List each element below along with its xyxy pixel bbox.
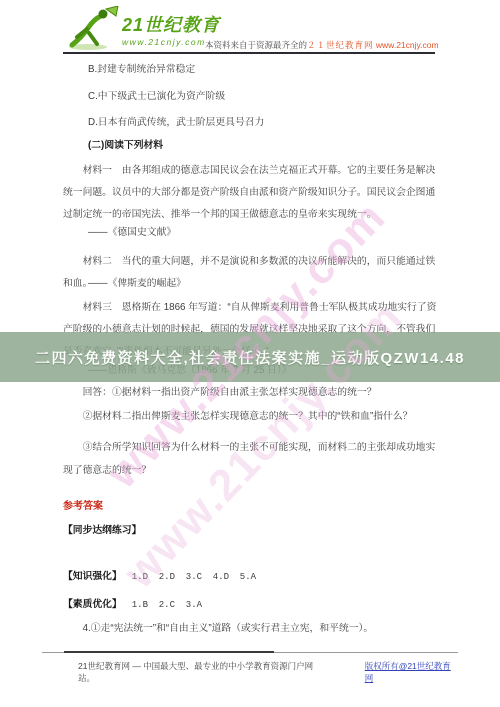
practice-heading: 【同步达纲练习】 bbox=[63, 524, 439, 537]
knowledge-answers-row: 【知识强化】1.D 2.D 3.C 4.D 5.A bbox=[63, 570, 439, 584]
knowledge-label: 【知识强化】 bbox=[63, 571, 122, 582]
material-1-paragraph: 材料一 由各邦组成的德意志国民议会在法兰克福正式开幕。它的主要任务是解决统一问题… bbox=[63, 160, 439, 226]
header-divider bbox=[63, 52, 435, 54]
quality-label: 【素质优化】 bbox=[63, 599, 122, 610]
quality-values: 1.B 2.C 3.A bbox=[132, 600, 202, 610]
question-2: ②据材料二指出俾斯麦主张怎样实现德意志的统一？其中的“铁和血”指什么？ bbox=[63, 410, 439, 423]
answer-4: 4.①走“宪法统一”和“自由主义”道路（或实行君主立宪，和平统一）。 bbox=[63, 622, 439, 635]
option-b: B.封建专制统治异常稳定 bbox=[63, 63, 464, 76]
answers-title: 参考答案 bbox=[63, 500, 439, 513]
document-page: 21世纪教育 www.21cnjy.com 本资料来自于资源最齐全的２１世纪教育… bbox=[0, 0, 500, 707]
ad-banner-text: 二四六免费资料大全,社会责任法案实施_运动版QZW14.48 bbox=[35, 347, 465, 368]
header-tagline: 本资料来自于资源最齐全的２１世纪教育网 www.21cnjy.com bbox=[205, 39, 439, 51]
section-heading: (二)阅读下列材料 bbox=[63, 139, 464, 152]
option-d: D.日本有尚武传统，武士阶层更具号召力 bbox=[63, 116, 464, 129]
material-2-source: ——《俾斯麦的崛起》 bbox=[63, 277, 464, 290]
knowledge-values: 1.D 2.D 3.C 4.D 5.A bbox=[132, 572, 256, 582]
footer-site-text: 21世纪教育网 — 中国最大型、最专业的中小学教育资源门户网站。 bbox=[78, 660, 327, 684]
logo-brand-name: 21世纪教育 bbox=[122, 16, 220, 34]
page-footer: 21世纪教育网 — 中国最大型、最专业的中小学教育资源门户网站。 版权所有@21… bbox=[42, 660, 458, 684]
site-logo[interactable]: 21世纪教育 www.21cnjy.com bbox=[68, 6, 220, 52]
quality-answers-row: 【素质优化】1.B 2.C 3.A bbox=[63, 598, 439, 612]
tagline-brand: ２１世纪教育网 bbox=[307, 40, 374, 50]
material-1-source: ——《德国史文献》 bbox=[63, 226, 464, 239]
tagline-url-link[interactable]: www.21cnjy.com bbox=[374, 40, 439, 50]
tagline-prefix: 本资料来自于资源最齐全的 bbox=[205, 40, 307, 50]
question-3: ③结合所学知识回答为什么材料一的主张不可能实现，而材料二的主张却成功地实现了德意… bbox=[63, 436, 439, 482]
option-c: C.中下级武士已演化为资产阶级 bbox=[63, 90, 464, 103]
ad-banner[interactable]: 二四六免费资料大全,社会责任法案实施_运动版QZW14.48 bbox=[0, 332, 500, 382]
footer-divider-accent bbox=[64, 651, 274, 653]
footer-copyright-link[interactable]: 版权所有@21世纪教育网 bbox=[365, 660, 458, 684]
runner-logo-icon bbox=[68, 6, 120, 52]
question-1: 回答：①据材料一指出资产阶级自由派主张怎样实现德意志的统一？ bbox=[63, 386, 439, 399]
